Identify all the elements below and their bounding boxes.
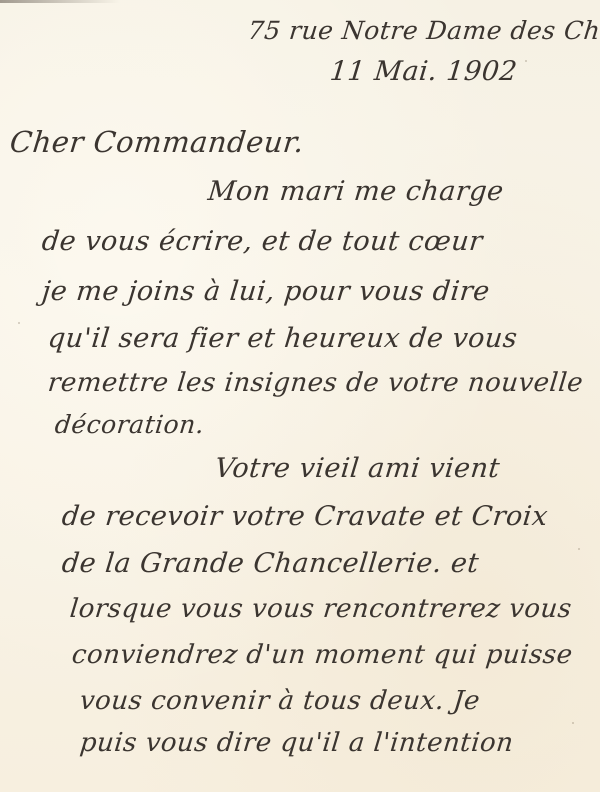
letter-line: de vous écrire, et de tout cœur — [41, 228, 485, 255]
letter-line: décoration. — [54, 412, 206, 437]
letter-line: vous convenir à tous deux. Je — [79, 688, 482, 714]
letter-line: Votre vieil ami vient — [214, 455, 502, 482]
paper-speck — [525, 60, 527, 62]
letter-date: 11 Mai. 1902 — [329, 58, 519, 85]
letter-line: Mon mari me charge — [207, 178, 505, 205]
letter-page: 75 rue Notre Dame des Champs 11 Mai. 190… — [0, 0, 600, 792]
paper-speck — [578, 548, 580, 550]
letter-line: puis vous dire qu'il a l'intention — [79, 730, 515, 756]
letter-line: remettre les insignes de votre nouvelle — [47, 370, 585, 396]
paper-speck — [572, 722, 574, 724]
paper-speck — [18, 322, 20, 324]
letter-address: 75 rue Notre Dame des Champs — [247, 18, 600, 43]
letter-line: de la Grande Chancellerie. et — [61, 550, 481, 577]
letter-line: lorsque vous vous rencontrerez vous — [69, 596, 573, 622]
letter-line: je me joins à lui, pour vous dire — [41, 278, 492, 305]
letter-salutation: Cher Commandeur. — [8, 128, 305, 157]
scan-edge-shadow — [0, 0, 120, 3]
letter-line: de recevoir votre Cravate et Croix — [61, 503, 550, 530]
letter-line: conviendrez d'un moment qui puisse — [71, 642, 574, 668]
letter-line: qu'il sera fier et heureux de vous — [47, 325, 519, 352]
